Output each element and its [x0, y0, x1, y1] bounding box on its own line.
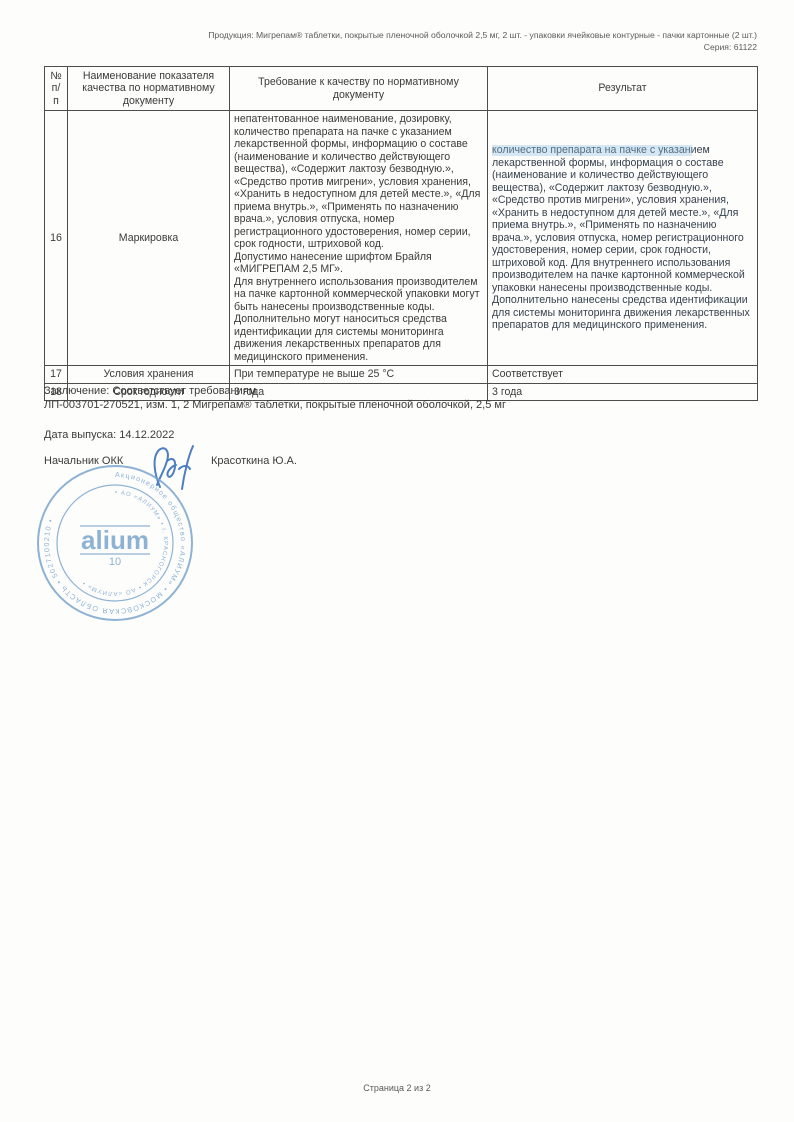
col-header-indicator: Наименование показателя качества по норм…: [68, 67, 230, 111]
stamp-logo-text: alium: [81, 525, 149, 555]
row16-num: 16: [45, 111, 68, 366]
registration-line: ЛП-003701-270521, изм. 1, 2 Мигрепам® та…: [44, 398, 757, 412]
document-header: Продукция: Мигрепам® таблетки, покрытые …: [44, 30, 757, 53]
row17-name: Условия хранения: [68, 366, 230, 384]
row16-requirement: непатентованное наименование, дозировку,…: [230, 111, 488, 366]
stamp-number: 10: [109, 556, 121, 568]
quality-spec-table: № п/п Наименование показателя качества п…: [44, 66, 758, 401]
table-row: 16 Маркировка непатентованное наименован…: [45, 111, 758, 366]
row16-result-text: количество препарата на пачке с указание…: [492, 144, 750, 331]
document-page: Продукция: Мигрепам® таблетки, покрытые …: [0, 0, 794, 1122]
page-footer: Страница 2 из 2: [0, 1083, 794, 1093]
signer-name: Красоткина Ю.А.: [211, 455, 297, 467]
col-header-num: № п/п: [45, 67, 68, 111]
conclusion-line: Заключение: Соответствует требованиям: [44, 384, 757, 398]
col-header-result: Результат: [488, 67, 758, 111]
company-round-stamp: Акционерное общество «АЛИУМ» • МОСКОВСКА…: [34, 462, 196, 624]
series-line: Серия: 61122: [44, 42, 757, 54]
row17-num: 17: [45, 366, 68, 384]
table-header-row: № п/п Наименование показателя качества п…: [45, 67, 758, 111]
row16-result: количество препарата на пачке с указание…: [488, 111, 758, 366]
row17-result: Соответствует: [488, 366, 758, 384]
release-date-line: Дата выпуска: 14.12.2022: [44, 428, 757, 442]
col-header-requirement: Требование к качеству по нормативному до…: [230, 67, 488, 111]
table-row: 17 Условия хранения При температуре не в…: [45, 366, 758, 384]
product-line: Продукция: Мигрепам® таблетки, покрытые …: [44, 30, 757, 42]
conclusion-block: Заключение: Соответствует требованиям ЛП…: [44, 384, 757, 442]
row17-requirement: При температуре не выше 25 °С: [230, 366, 488, 384]
row16-name: Маркировка: [68, 111, 230, 366]
